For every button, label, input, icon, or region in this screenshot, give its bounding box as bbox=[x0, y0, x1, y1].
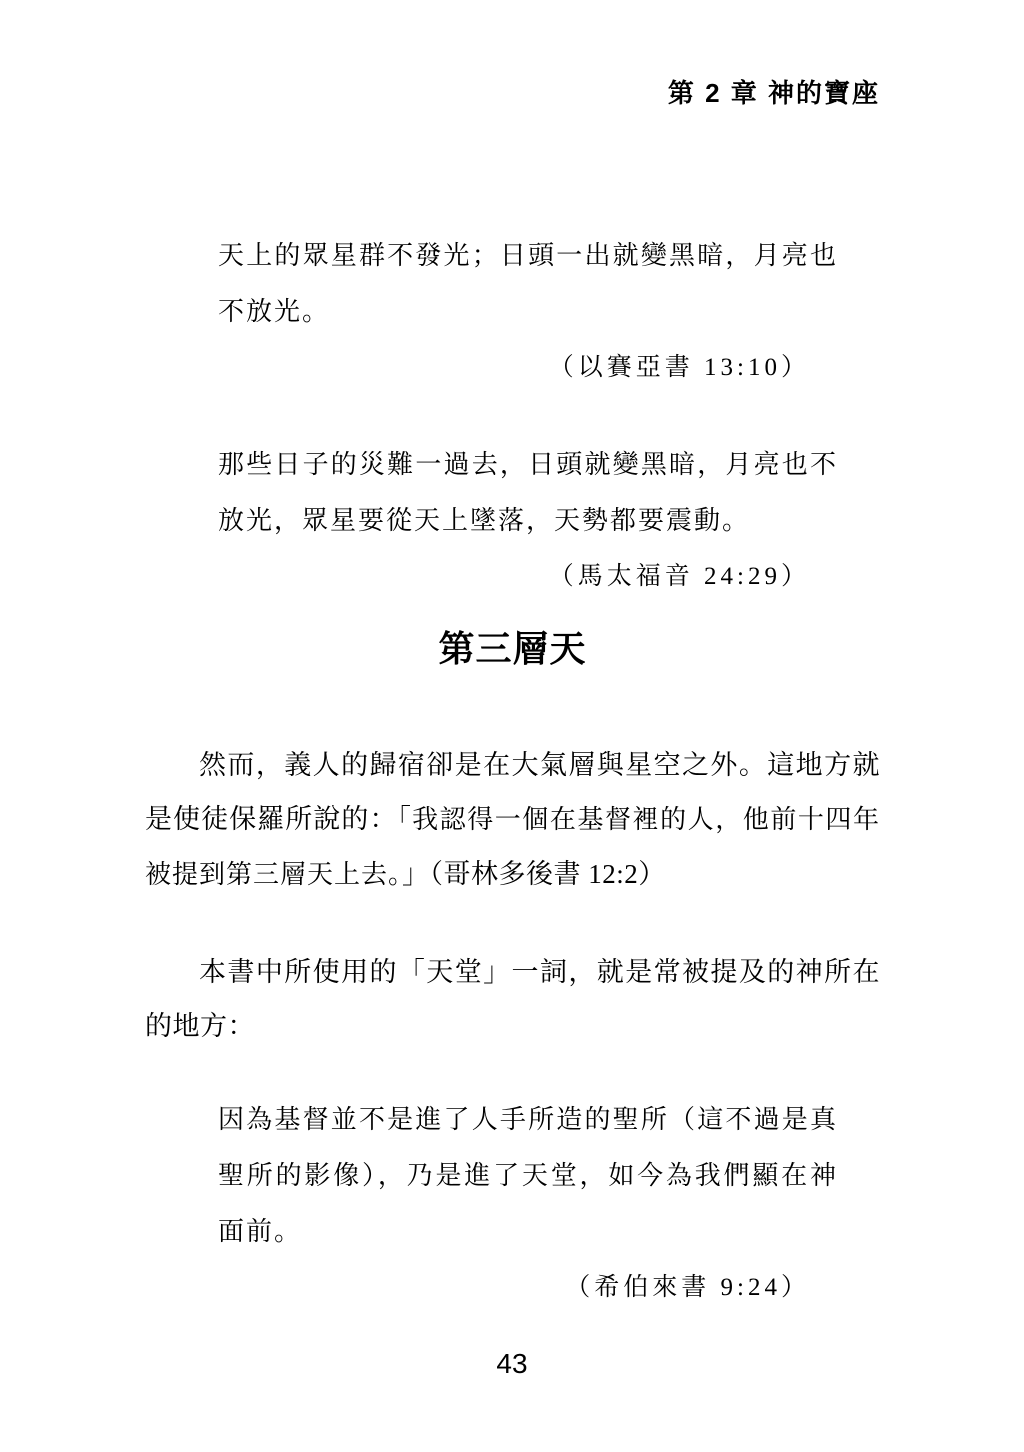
scripture-quote-hebrews: 因為基督並不是進了人手所造的聖所（這不過是真聖所的影像），乃是進了天堂，如今為我… bbox=[218, 1092, 838, 1316]
scripture-quote-text: 那些日子的災難一過去，日頭就變黑暗，月亮也不放光，眾星要從天上墜落，天勢都要震動… bbox=[218, 437, 838, 549]
scripture-quote-matthew: 那些日子的災難一過去，日頭就變黑暗，月亮也不放光，眾星要從天上墜落，天勢都要震動… bbox=[218, 437, 838, 605]
quote-citation: （以賽亞書 13:10） bbox=[218, 340, 838, 396]
scripture-quote-text: 因為基督並不是進了人手所造的聖所（這不過是真聖所的影像），乃是進了天堂，如今為我… bbox=[218, 1092, 838, 1260]
document-page: 第 2 章 神的寶座 天上的眾星群不發光；日頭一出就變黑暗，月亮也不放光。 （以… bbox=[0, 0, 1024, 1452]
page-number: 43 bbox=[0, 1344, 1024, 1384]
quote-citation: （希伯來書 9:24） bbox=[218, 1260, 838, 1316]
scripture-quote-isaiah: 天上的眾星群不發光；日頭一出就變黑暗，月亮也不放光。 （以賽亞書 13:10） bbox=[218, 228, 838, 396]
quote-citation: （馬太福音 24:29） bbox=[218, 549, 838, 605]
scripture-quote-text: 天上的眾星群不發光；日頭一出就變黑暗，月亮也不放光。 bbox=[218, 228, 838, 340]
body-paragraph: 本書中所使用的「天堂」一詞，就是常被提及的神所在的地方： bbox=[145, 945, 880, 1053]
body-paragraph: 然而，義人的歸宿卻是在大氣層與星空之外。這地方就是使徒保羅所說的：「我認得一個在… bbox=[145, 738, 880, 902]
section-heading: 第三層天 bbox=[145, 625, 880, 673]
running-header: 第 2 章 神的寶座 bbox=[0, 0, 1024, 110]
page-content: 天上的眾星群不發光；日頭一出就變黑暗，月亮也不放光。 （以賽亞書 13:10） … bbox=[0, 228, 1024, 1316]
paragraph-tail-text: 」（哥林多後書 12:2） bbox=[402, 859, 666, 889]
